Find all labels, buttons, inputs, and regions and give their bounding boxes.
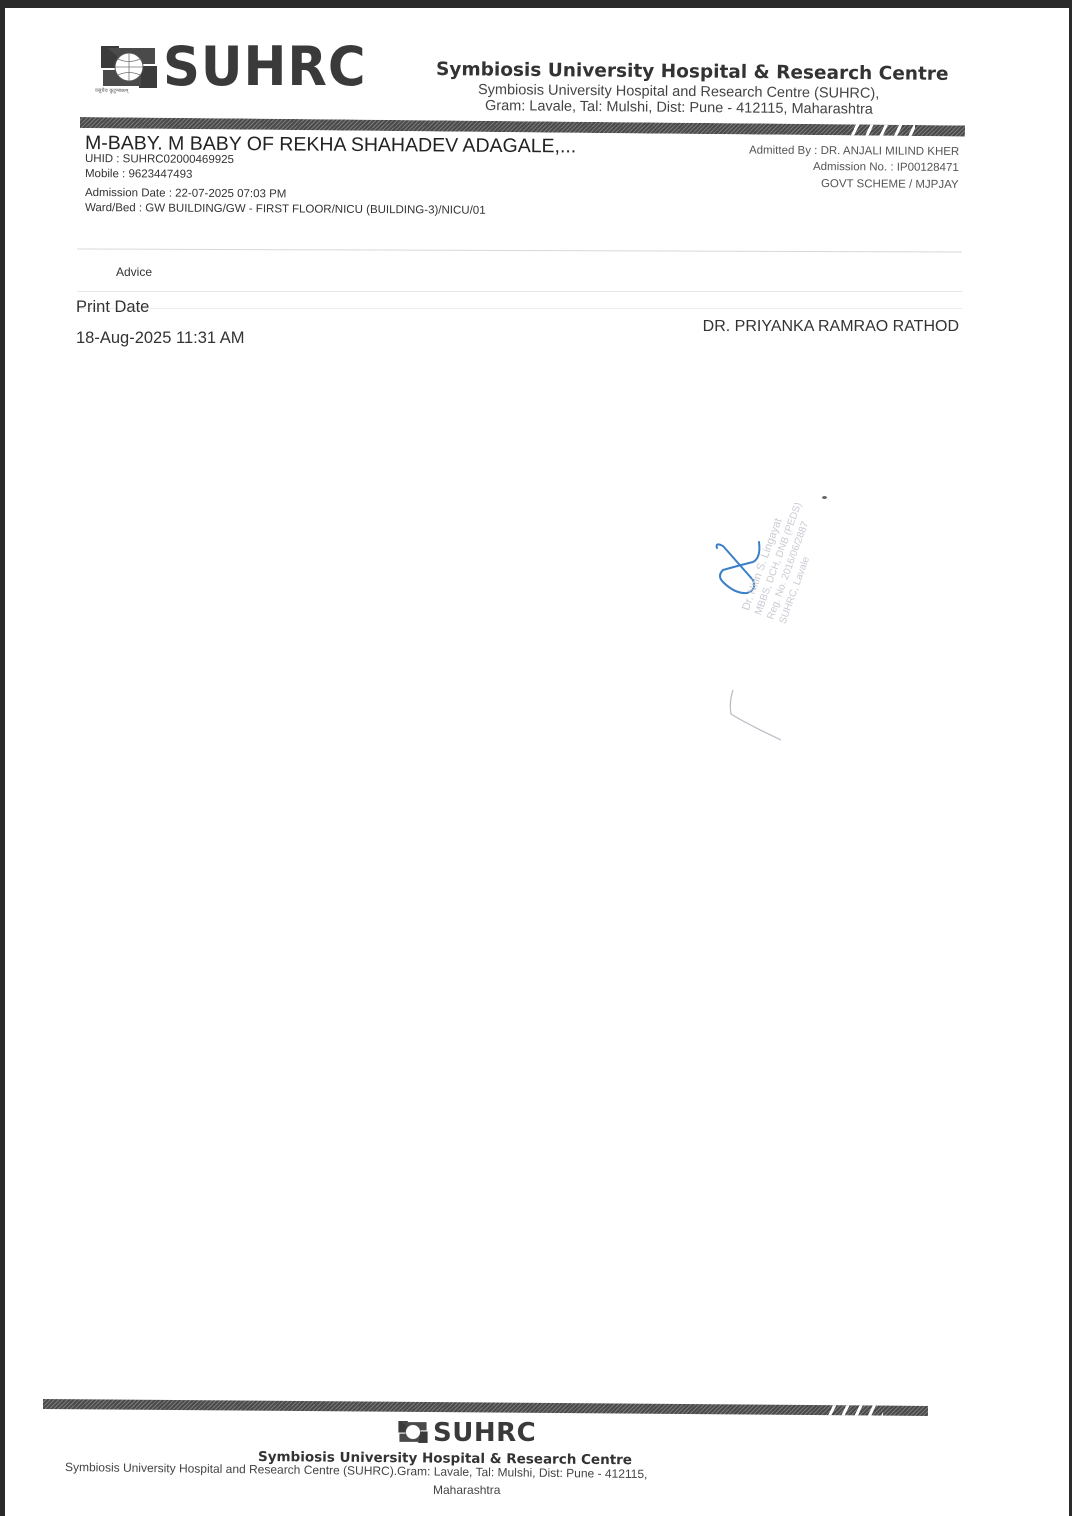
payment-scheme: GOVT SCHEME / MJPJAY xyxy=(821,178,959,191)
document-page: वसुधैव कुटुम्बकम् SUHRC Symbiosis Univer… xyxy=(5,8,1069,1516)
logo-caption: वसुधैव कुटुम्बकम् xyxy=(95,88,128,94)
admission-date: Admission Date : 22-07-2025 07:03 PM xyxy=(85,187,286,200)
patient-uhid: UHID : SUHRC02000469925 xyxy=(85,153,234,166)
footer-logo-icon xyxy=(396,1420,430,1444)
separator-line xyxy=(77,308,962,309)
advice-label: Advice xyxy=(116,265,152,279)
ward-bed: Ward/Bed : GW BUILDING/GW - FIRST FLOOR/… xyxy=(85,202,486,217)
admission-number: Admission No. : IP00128471 xyxy=(813,161,959,174)
separator-line xyxy=(77,291,962,292)
brand-name: SUHRC xyxy=(163,40,366,94)
footer-brand-name: SUHRC xyxy=(433,1418,536,1448)
hospital-address: Gram: Lavale, Tal: Mulshi, Dist: Pune - … xyxy=(485,98,873,118)
print-date-label: Print Date xyxy=(76,298,149,317)
stamp-border-mark xyxy=(725,688,785,748)
hospital-title: Symbiosis University Hospital & Research… xyxy=(436,59,949,85)
scan-speck xyxy=(822,496,827,499)
print-date-value: 18-Aug-2025 11:31 AM xyxy=(76,329,244,348)
footer-divider-bar xyxy=(43,1399,928,1416)
patient-mobile: Mobile : 9623447493 xyxy=(85,168,193,181)
admitted-by: Admitted By : DR. ANJALI MILIND KHER xyxy=(749,145,959,158)
footer-state: Maharashtra xyxy=(433,1483,500,1497)
doctor-name: DR. PRIYANKA RAMRAO RATHOD xyxy=(703,318,959,336)
suhrc-logo-icon xyxy=(99,44,159,90)
separator-line xyxy=(77,248,962,252)
